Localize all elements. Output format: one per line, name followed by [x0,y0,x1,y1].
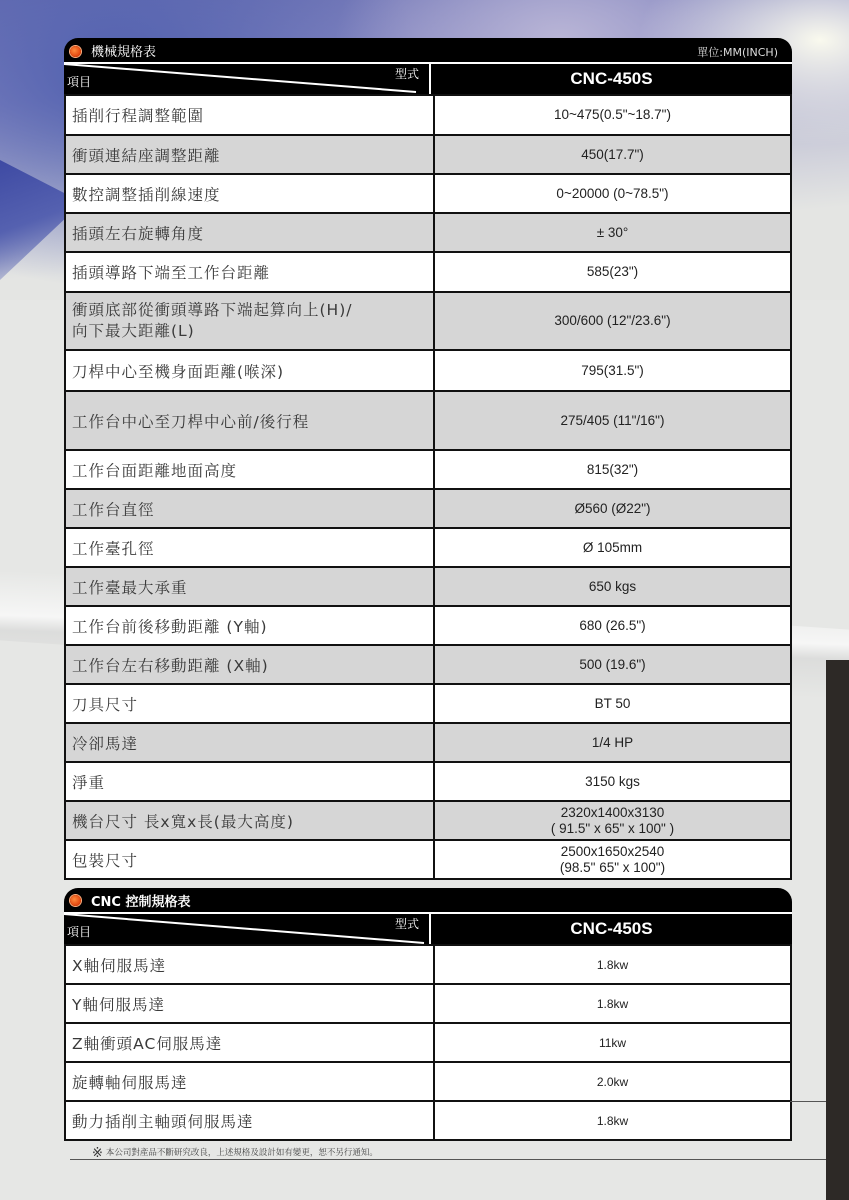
spec-label: Z軸衝頭AC伺服馬達 [65,1023,434,1062]
spec-label: 冷卻馬達 [65,723,434,762]
spec-value-text: 1.8kw [435,957,790,973]
spec-value-text: 3150 kgs [435,774,790,790]
table-row: 工作臺孔徑Ø 105mm [65,528,791,567]
table-row: 刀具尺寸BT 50 [65,684,791,723]
table-row: 插頭導路下端至工作台距離585(23") [65,252,791,292]
unit-label: 單位:MM(INCH) [697,44,778,60]
spec-label-text: 工作台面距離地面高度 [72,462,237,480]
spec-value: 500 (19.6") [434,645,791,684]
spec-value: 585(23") [434,252,791,292]
spec-value-text: 500 (19.6") [435,657,790,673]
spec-label-text: 刀桿中心至機身面距離(喉深) [72,363,284,381]
spec-label: 工作臺孔徑 [65,528,434,567]
spec-value-text: 1/4 HP [435,735,790,751]
spec-value-text: 2320x1400x3130 [435,805,790,821]
header-model-name: CNC-450S [431,914,792,944]
spec-value: Ø 105mm [434,528,791,567]
table-row: 刀桿中心至機身面距離(喉深)795(31.5") [65,350,791,391]
table-row: 冷卻馬達1/4 HP [65,723,791,762]
spec-value: 2.0kw [434,1062,791,1101]
spec-value-text: Ø560 (Ø22") [435,501,790,517]
header-model-label: 型式 [395,915,419,932]
table-row: 工作台面距離地面高度815(32") [65,450,791,489]
header-item-label: 項目 [67,923,91,940]
spec-value-text: BT 50 [435,696,790,712]
spec-label: 動力插削主軸頭伺服馬達 [65,1101,434,1140]
spec-value-text: ( 91.5" x 65" x 100" ) [435,821,790,837]
spec-label: 淨重 [65,762,434,801]
cnc-spec-title-bar: CNC 控制規格表 [64,888,792,912]
spec-label: 刀具尺寸 [65,684,434,723]
spec-label-text: 數控調整插削線速度 [72,186,221,204]
spec-label: 工作台前後移動距離 (Y軸) [65,606,434,645]
spec-label: 工作台面距離地面高度 [65,450,434,489]
section-title: 機械規格表 [91,41,156,60]
table-row: 數控調整插削線速度0~20000 (0~78.5") [65,174,791,213]
spec-label-text: 衝頭連結座調整距離 [72,147,221,165]
spec-value: 450(17.7") [434,135,791,174]
spec-label: 插頭左右旋轉角度 [65,213,434,252]
spec-value: 2320x1400x3130( 91.5" x 65" x 100" ) [434,801,791,840]
table-row: 插頭左右旋轉角度± 30° [65,213,791,252]
bullet-dot-icon [70,895,81,906]
spec-value-text: 300/600 (12"/23.6") [435,313,790,329]
spec-value-text: 815(32") [435,462,790,478]
table-row: 包裝尺寸2500x1650x2540(98.5" 65" x 100") [65,840,791,879]
mechanical-spec-table: 插削行程調整範圍10~475(0.5"~18.7")衝頭連結座調整距離450(1… [64,94,792,880]
header-item-label: 項目 [67,73,91,90]
table-row: 旋轉軸伺服馬達2.0kw [65,1062,791,1101]
spec-value-text: 450(17.7") [435,147,790,163]
spec-value: 11kw [434,1023,791,1062]
footnote: ※本公司對產品不斷研究改良，上述規格及設計如有變更，恕不另行通知。 [92,1146,378,1161]
spec-value-text: 0~20000 (0~78.5") [435,186,790,202]
spec-value: 1.8kw [434,945,791,984]
bullet-dot-icon [70,46,81,57]
spec-value: 815(32") [434,450,791,489]
spec-value: 3150 kgs [434,762,791,801]
table-row: 淨重3150 kgs [65,762,791,801]
spec-label-text: 衝頭底部從衝頭導路下端起算向上(H)/ [72,301,352,319]
spec-value-text: 11kw [435,1035,790,1051]
spec-label-text: Z軸衝頭AC伺服馬達 [72,1035,222,1053]
spec-label: 工作台中心至刀桿中心前/後行程 [65,391,434,450]
spec-label: 衝頭連結座調整距離 [65,135,434,174]
spec-label-text: 工作台中心至刀桿中心前/後行程 [72,413,309,431]
divider [790,1101,826,1102]
spec-value-text: 795(31.5") [435,363,790,379]
spec-value-text: Ø 105mm [435,540,790,556]
section-title: CNC 控制規格表 [91,891,191,910]
spec-value: BT 50 [434,684,791,723]
spec-value-text: 650 kgs [435,579,790,595]
spec-value: Ø560 (Ø22") [434,489,791,528]
spec-label-text: 工作台左右移動距離 (X軸) [72,657,269,675]
spec-label-text: 插頭導路下端至工作台距離 [72,264,270,282]
spec-label: 數控調整插削線速度 [65,174,434,213]
spec-label-text: 機台尺寸 長x寬x長(最大高度) [72,813,294,831]
spec-label-text: 淨重 [72,774,105,792]
spec-label-text: 插頭左右旋轉角度 [72,225,204,243]
spec-value-text: 680 (26.5") [435,618,790,634]
spec-value-text: 2500x1650x2540 [435,844,790,860]
spec-label-text: 旋轉軸伺服馬達 [72,1074,188,1092]
spec-value-text: 2.0kw [435,1074,790,1090]
spec-value: 300/600 (12"/23.6") [434,292,791,350]
spec-label: Y軸伺服馬達 [65,984,434,1023]
spec-label: X軸伺服馬達 [65,945,434,984]
spec-label-text: 工作臺孔徑 [72,540,155,558]
spec-value-text: 1.8kw [435,996,790,1012]
spec-label: 刀桿中心至機身面距離(喉深) [65,350,434,391]
table-row: 工作台中心至刀桿中心前/後行程275/405 (11"/16") [65,391,791,450]
spec-value-text: 10~475(0.5"~18.7") [435,107,790,123]
diagonal-divider-icon [64,914,429,944]
spec-label: 工作台直徑 [65,489,434,528]
spec-label: 機台尺寸 長x寬x長(最大高度) [65,801,434,840]
spec-label: 插頭導路下端至工作台距離 [65,252,434,292]
spec-value: 1.8kw [434,984,791,1023]
cnc-spec-table: X軸伺服馬達1.8kwY軸伺服馬達1.8kwZ軸衝頭AC伺服馬達11kw旋轉軸伺… [64,944,792,1141]
header-corner-cell: 項目 型式 [64,64,431,94]
table-row: Z軸衝頭AC伺服馬達11kw [65,1023,791,1062]
table-row: 工作台前後移動距離 (Y軸)680 (26.5") [65,606,791,645]
spec-label: 衝頭底部從衝頭導路下端起算向上(H)/向下最大距離(L) [65,292,434,350]
header-model-name: CNC-450S [431,64,792,94]
side-dark-panel [826,660,849,1200]
table-row: X軸伺服馬達1.8kw [65,945,791,984]
spec-label: 包裝尺寸 [65,840,434,879]
spec-label-text: 冷卻馬達 [72,735,138,753]
spec-value: 1/4 HP [434,723,791,762]
spec-label-text: 動力插削主軸頭伺服馬達 [72,1113,254,1131]
spec-value: 650 kgs [434,567,791,606]
spec-label-text: 包裝尺寸 [72,852,138,870]
spec-value: 1.8kw [434,1101,791,1140]
table-row: Y軸伺服馬達1.8kw [65,984,791,1023]
spec-label: 插削行程調整範圍 [65,95,434,135]
spec-value: 275/405 (11"/16") [434,391,791,450]
header-model-label: 型式 [395,65,419,82]
mechanical-spec-panel: 機械規格表 單位:MM(INCH) 項目 型式 CNC-450S 插削行程調整範… [64,38,792,880]
spec-value-text: 1.8kw [435,1113,790,1129]
table-row: 動力插削主軸頭伺服馬達1.8kw [65,1101,791,1140]
table-row: 衝頭底部從衝頭導路下端起算向上(H)/向下最大距離(L)300/600 (12"… [65,292,791,350]
mechanical-spec-title-bar: 機械規格表 單位:MM(INCH) [64,38,792,62]
spec-label: 旋轉軸伺服馬達 [65,1062,434,1101]
spec-label-text: 工作台直徑 [72,501,155,519]
table-row: 工作台左右移動距離 (X軸)500 (19.6") [65,645,791,684]
spec-value: ± 30° [434,213,791,252]
spec-label-text: X軸伺服馬達 [72,957,166,975]
header-corner-cell: 項目 型式 [64,914,431,944]
footnote-text: 本公司對產品不斷研究改良，上述規格及設計如有變更，恕不另行通知。 [106,1148,378,1158]
spec-value: 680 (26.5") [434,606,791,645]
spec-value: 0~20000 (0~78.5") [434,174,791,213]
diagonal-divider-icon [64,64,429,94]
spec-label-text: 刀具尺寸 [72,696,138,714]
table-row: 工作台直徑Ø560 (Ø22") [65,489,791,528]
cnc-spec-panel: CNC 控制規格表 項目 型式 CNC-450S X軸伺服馬達1.8kwY軸伺服… [64,888,792,1141]
spec-label-text: 工作台前後移動距離 (Y軸) [72,618,268,636]
spec-label: 工作台左右移動距離 (X軸) [65,645,434,684]
spec-value-text: 275/405 (11"/16") [435,413,790,429]
spec-label-text: 工作臺最大承重 [72,579,188,597]
table-row: 插削行程調整範圍10~475(0.5"~18.7") [65,95,791,135]
spec-value: 2500x1650x2540(98.5" 65" x 100") [434,840,791,879]
spec-value: 10~475(0.5"~18.7") [434,95,791,135]
table-row: 衝頭連結座調整距離450(17.7") [65,135,791,174]
table-row: 機台尺寸 長x寬x長(最大高度)2320x1400x3130( 91.5" x … [65,801,791,840]
spec-value-text: 585(23") [435,264,790,280]
spec-label-text: 插削行程調整範圍 [72,107,204,125]
spec-label: 工作臺最大承重 [65,567,434,606]
table-header: 項目 型式 CNC-450S [64,912,792,944]
spec-value-text: (98.5" 65" x 100") [435,860,790,876]
spec-value: 795(31.5") [434,350,791,391]
spec-value-text: ± 30° [435,225,790,241]
note-mark-icon: ※ [92,1146,103,1161]
spec-label-text: 向下最大距離(L) [72,322,195,340]
table-row: 工作臺最大承重650 kgs [65,567,791,606]
table-header: 項目 型式 CNC-450S [64,62,792,94]
spec-label-text: Y軸伺服馬達 [72,996,165,1014]
